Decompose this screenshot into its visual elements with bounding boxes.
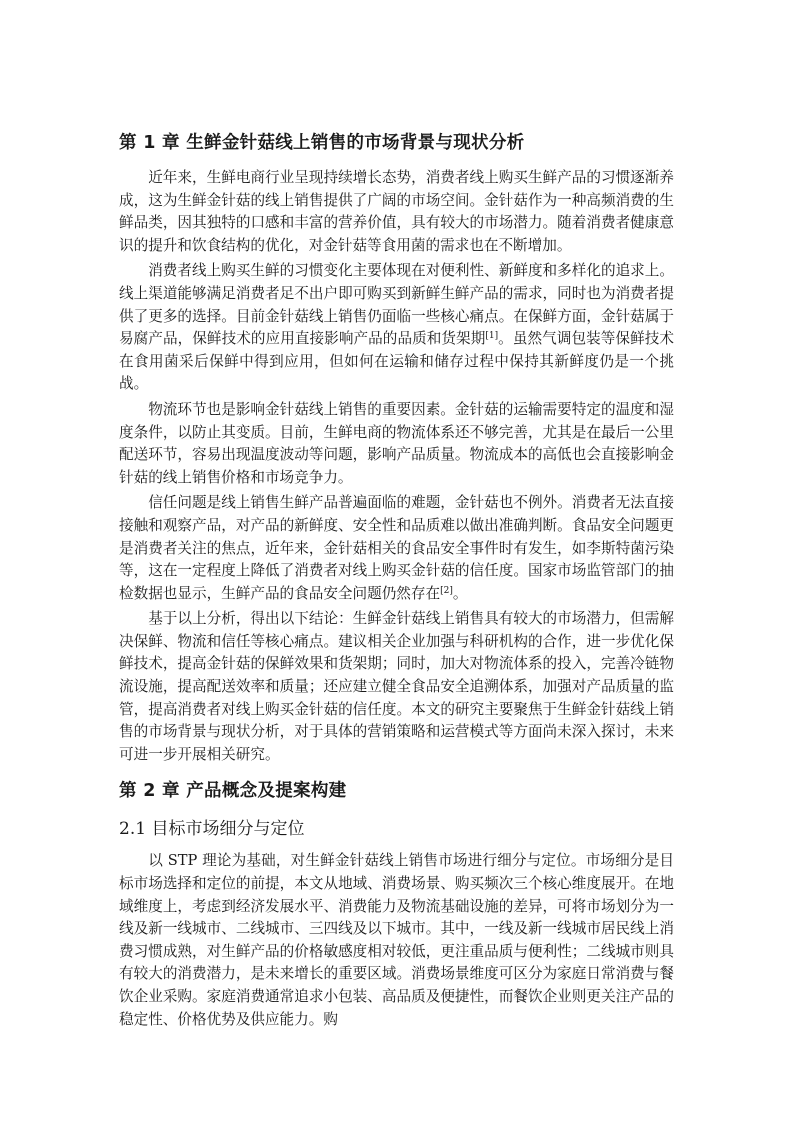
ch1-paragraph-2: 消费者线上购买生鲜的习惯变化主要体现在对便利性、新鲜度和多样化的追求上。线上渠道… — [119, 260, 674, 396]
section-2-1-title: 2.1 目标市场细分与定位 — [119, 814, 674, 844]
citation-2[interactable]: [2] — [440, 586, 453, 596]
citation-1[interactable]: [1] — [485, 331, 498, 341]
ch1-paragraph-5: 基于以上分析，得出以下结论：生鲜金针菇线上销售具有较大的市场潜力，但需解决保鲜、… — [119, 608, 674, 766]
document-page: 第 1 章 生鲜金针菇线上销售的市场背景与现状分析 近年来，生鲜电商行业呈现持续… — [119, 128, 674, 1034]
chapter-1-title: 第 1 章 生鲜金针菇线上销售的市场背景与现状分析 — [119, 128, 674, 158]
ch1-paragraph-3: 物流环节也是影响金针菇线上销售的重要因素。金针菇的运输需要特定的温度和湿度条件，… — [119, 399, 674, 489]
chapter-2-title: 第 2 章 产品概念及提案构建 — [119, 776, 674, 806]
ch1-paragraph-1: 近年来，生鲜电商行业呈现持续增长态势，消费者线上购买生鲜产品的习惯逐渐养成，这为… — [119, 167, 674, 257]
ch1-paragraph-4: 信任问题是线上销售生鲜产品普遍面临的难题，金针菇也不例外。消费者无法直接接触和观… — [119, 492, 674, 605]
sec2-1-paragraph-1: 以 STP 理论为基础，对生鲜金针菇线上销售市场进行细分与定位。市场细分是目标市… — [119, 850, 674, 1031]
